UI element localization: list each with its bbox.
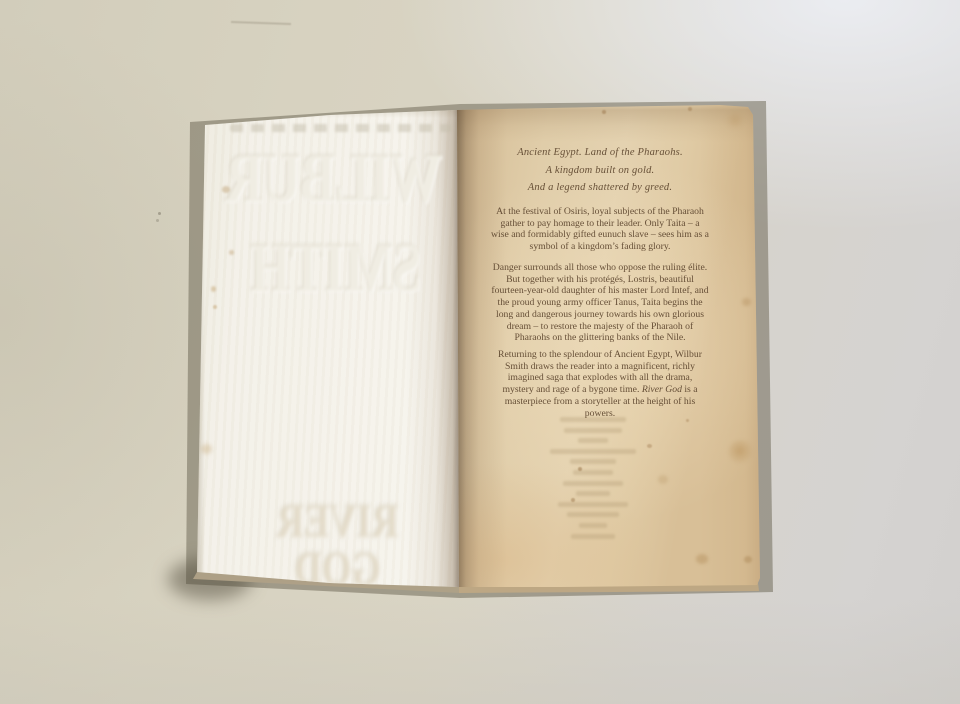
- tagline-line-2: A kingdom built on gold.: [460, 162, 740, 180]
- page-stain: [201, 444, 212, 454]
- blurb-paragraph-1: At the festival of Osiris, loyal subject…: [491, 206, 709, 253]
- page-stain: [211, 286, 216, 292]
- show-through-line: [567, 512, 619, 517]
- page-speck: [686, 419, 689, 422]
- page-stain: [222, 186, 230, 193]
- page-stain: [229, 250, 234, 255]
- tagline-line-1: Ancient Egypt. Land of the Pharaohs.: [460, 144, 740, 162]
- show-through-line: [560, 417, 626, 422]
- blurb-paragraph-2: Danger surrounds all those who oppose th…: [491, 262, 709, 344]
- wall-crack-line: [231, 21, 291, 25]
- page-stain: [728, 440, 754, 464]
- wall-speck: [158, 212, 161, 215]
- show-through-line: [558, 502, 628, 507]
- show-through-line: [579, 523, 607, 528]
- page-stain: [696, 554, 708, 564]
- photo-of-open-book: WILBUR SMITH RIVER GOD Ancient Egypt. La…: [0, 0, 960, 704]
- show-through-small-text-strip: [230, 124, 452, 132]
- page-speck: [602, 110, 606, 114]
- show-through-line: [571, 534, 615, 539]
- page-stain: [742, 298, 751, 306]
- show-through-line: [576, 491, 610, 496]
- wall-speck: [156, 219, 159, 222]
- show-through-line: [564, 428, 622, 433]
- show-through-line: [563, 481, 623, 486]
- page-speck: [578, 467, 582, 471]
- tagline-line-3: And a legend shattered by greed.: [460, 179, 740, 197]
- page-stain: [658, 475, 668, 484]
- show-through-line: [578, 438, 608, 443]
- blurb-paragraph-3-book-title: River God: [642, 384, 682, 395]
- show-through-line: [550, 449, 636, 454]
- page-speck: [688, 107, 692, 111]
- show-through-author-name-line1: WILBUR: [238, 144, 443, 213]
- blurb-paragraph-3: Returning to the splendour of Ancient Eg…: [491, 349, 709, 419]
- page-speck: [571, 498, 575, 502]
- show-through-author-name-line2: SMITH: [248, 233, 424, 303]
- page-speck: [647, 444, 652, 448]
- show-through-line: [570, 459, 616, 464]
- page-stain: [744, 556, 752, 563]
- page-stain: [724, 112, 746, 128]
- blurb-tagline: Ancient Egypt. Land of the Pharaohs. A k…: [460, 144, 740, 197]
- page-stain: [213, 305, 217, 309]
